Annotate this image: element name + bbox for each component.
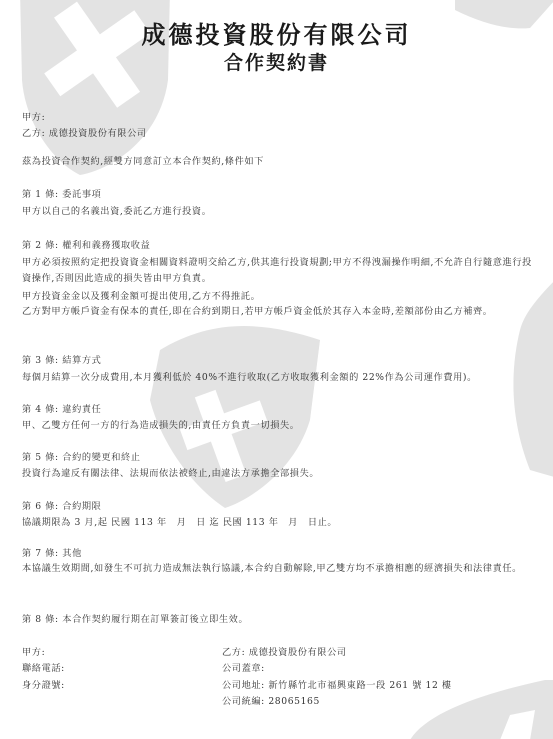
article-3-body: 每個月結算一次分成費用,本月獲利低於 40%不進行收取(乙方收取獲利金額的 22…	[22, 372, 477, 384]
article-7-body: 本協議生效期間,如發生不可抗力造成無法執行協議,本合約自動解除,甲乙雙方均不承擔…	[22, 561, 534, 577]
document-title: 合作契約書	[0, 48, 553, 75]
article-2-body-3: 乙方對甲方帳戶資金有保本的責任,即在合約到期日,若甲方帳戶資金低於其存入本金時,…	[22, 304, 534, 320]
article-6-heading: 第 6 條: 合約期限	[22, 501, 101, 513]
party-a-label: 甲方:	[22, 112, 45, 124]
article-4-heading: 第 4 條: 違約責任	[22, 404, 101, 416]
preamble: 茲為投資合作契約,經雙方同意訂立本合作契約,條件如下	[22, 156, 264, 168]
article-2-body-2: 甲方投資金金以及獲利金額可提出使用,乙方不得推託。	[22, 291, 260, 303]
article-4-body: 甲、乙雙方任何一方的行為造成損失的,由責任方負責一切損失。	[22, 420, 300, 432]
company-name-title: 成德投資股份有限公司	[0, 15, 553, 50]
article-1-body: 甲方以自己的名義出資,委託乙方進行投資。	[22, 206, 211, 218]
signature-id-number: 身分證號:	[22, 680, 65, 692]
signature-party-b: 乙方: 成德投資股份有限公司	[222, 647, 347, 659]
contract-page: 成德投資股份有限公司 合作契約書 甲方: 乙方: 成德投資股份有限公司 茲為投資…	[0, 0, 553, 739]
article-5-heading: 第 5 條: 合約的變更和終止	[22, 452, 141, 464]
article-3-heading: 第 3 條: 結算方式	[22, 355, 101, 367]
party-b-line: 乙方: 成德投資股份有限公司	[22, 128, 147, 140]
article-5-body: 投資行為違反有關法律、法規而依法被終止,由違法方承擔全部損失。	[22, 468, 319, 480]
signature-company-tax-id: 公司統編: 28065165	[222, 696, 320, 708]
article-6-body: 協議期限為 3 月,起 民國 113 年 月 日 迄 民國 113 年 月 日止…	[22, 517, 337, 529]
signature-party-a: 甲方:	[22, 647, 45, 659]
signature-company-address: 公司地址: 新竹縣竹北市福興東路一段 261 號 12 樓	[222, 680, 452, 692]
signature-company-seal: 公司蓋章:	[222, 663, 265, 675]
article-2-body-1: 甲方必須按照約定把投資資金相關資料證明交給乙方,供其進行投資規劃;甲方不得洩漏操…	[22, 255, 534, 286]
article-1-heading: 第 1 條: 委託事項	[22, 189, 101, 201]
article-7-heading: 第 7 條: 其他	[22, 548, 82, 560]
article-8-heading: 第 8 條: 本合作契約履行期在訂單簽訂後立即生效。	[22, 614, 248, 626]
signature-phone: 聯絡電話:	[22, 663, 65, 675]
article-2-heading: 第 2 條: 權利和義務獲取收益	[22, 240, 150, 252]
